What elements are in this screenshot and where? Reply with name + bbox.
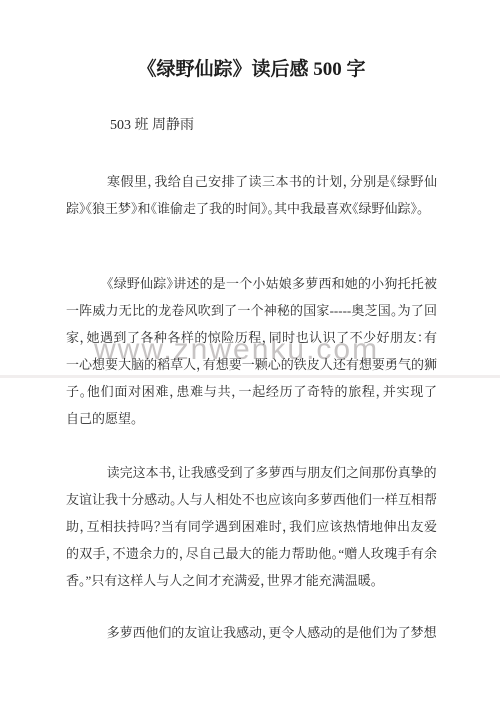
essay-paragraph-3: 读完这本书，让我感受到了多萝西与朋友们之间那份真挚的 友谊让我十分感动。人与人相…	[66, 459, 437, 594]
document-body: 《绿野仙踪》读后感 500 字 503 班 周静雨 寒假里，我给自己安排了读三本…	[66, 0, 437, 646]
essay-paragraph-2: 《绿野仙踪》讲述的是一个小姑娘多萝西和她的小狗托托被 一阵威力无比的龙卷风吹到了…	[66, 270, 437, 432]
paragraph-line: 自己的愿望。	[66, 405, 437, 432]
paragraph-line: 助，互相扶持吗？当有同学遇到困难时，我们应该热情地伸出友爱	[66, 513, 437, 540]
paragraph-line: 《绿野仙踪》讲述的是一个小姑娘多萝西和她的小狗托托被	[66, 270, 437, 297]
paragraph-line: 的双手，不遗余力的，尽自己最大的能力帮助他。“赠人玫瑰手有余	[66, 540, 437, 567]
essay-paragraph-1: 寒假里，我给自己安排了读三本书的计划，分别是《绿野仙 踪》《狼王梦》和《谁偷走了…	[66, 168, 437, 222]
document-page: www.znwenku.com 《绿野仙踪》读后感 500 字 503 班 周静…	[0, 0, 500, 708]
paragraph-line: 一阵威力无比的龙卷风吹到了一个神秘的国家-----奥芝国。为了回	[66, 297, 437, 324]
paragraph-line: 寒假里，我给自己安排了读三本书的计划，分别是《绿野仙	[66, 168, 437, 195]
essay-paragraph-4: 多萝西他们的友谊让我感动，更令人感动的是他们为了梦想	[66, 619, 437, 646]
paragraph-line: 香。”只有这样人与人之间才充满爱，世界才能充满温暖。	[66, 567, 437, 594]
paragraph-line: 读完这本书，让我感受到了多萝西与朋友们之间那份真挚的	[66, 459, 435, 486]
paragraph-line: 踪》《狼王梦》和《谁偷走了我的时间》。其中我最喜欢《绿野仙踪》。	[66, 195, 437, 222]
document-title: 《绿野仙踪》读后感 500 字	[66, 57, 437, 83]
paragraph-line: 一心想要大脑的稻草人，有想要一颗心的铁皮人还有想要勇气的狮	[66, 351, 437, 378]
paragraph-line: 子。他们面对困难，患难与共，一起经历了奇特的旅程，并实现了	[66, 378, 437, 405]
author-byline: 503 班 周静雨	[66, 116, 437, 136]
paragraph-line: 友谊让我十分感动。人与人相处不也应该向多萝西他们一样互相帮	[66, 486, 437, 513]
paragraph-line: 家，她遇到了各种各样的惊险历程，同时也认识了不少好朋友：有	[66, 324, 437, 351]
paragraph-line: 多萝西他们的友谊让我感动，更令人感动的是他们为了梦想	[66, 619, 435, 646]
